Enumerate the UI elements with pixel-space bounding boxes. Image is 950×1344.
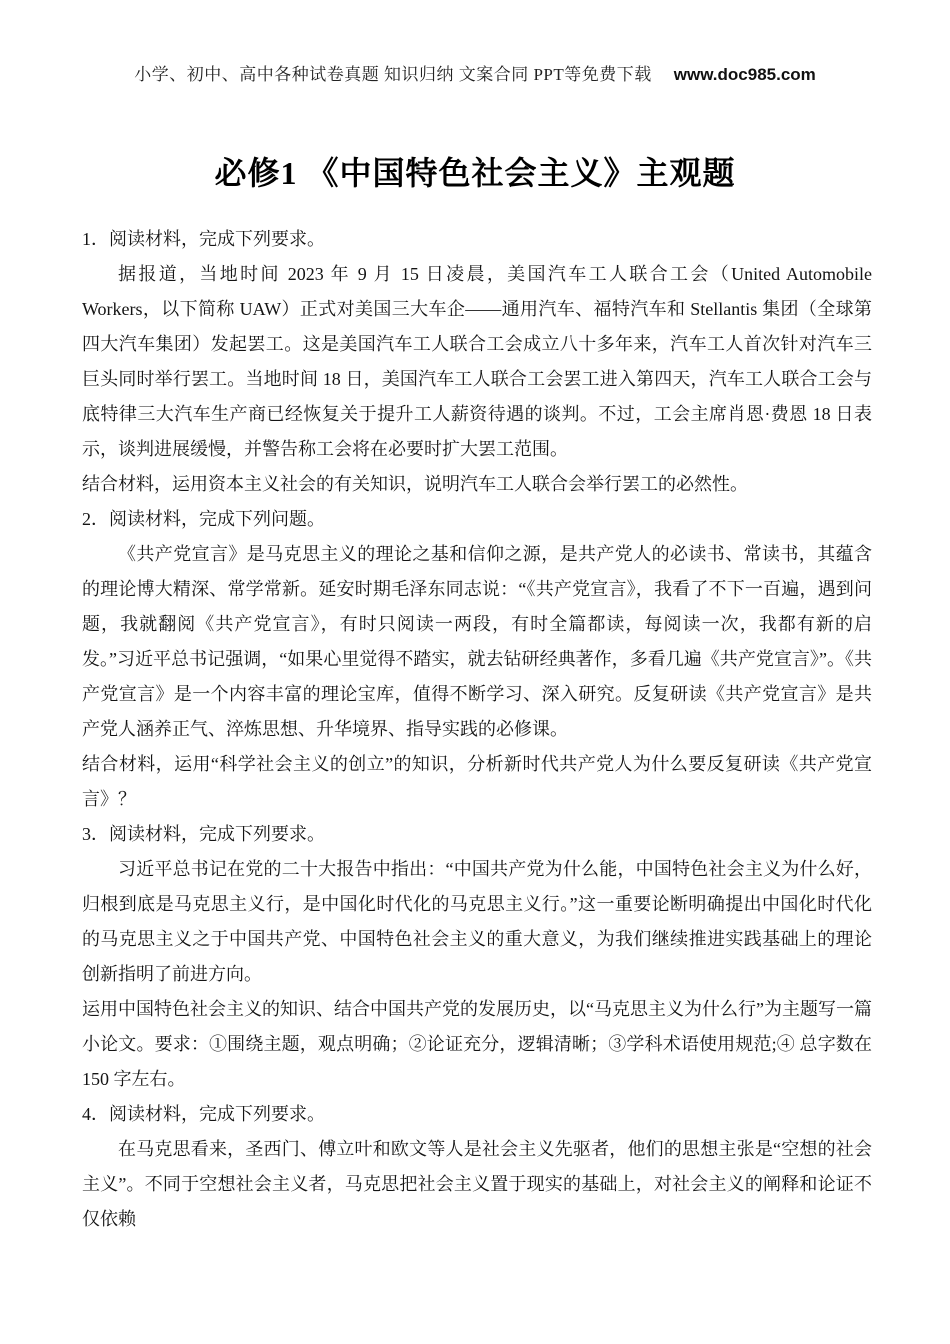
question-stem: 2．阅读材料，完成下列问题。 <box>82 502 872 537</box>
page-title: 必修1 《中国特色社会主义》主观题 <box>0 0 950 196</box>
question-material: 据报道，当地时间 2023 年 9 月 15 日凌晨，美国汽车工人联合工会（Un… <box>82 257 872 467</box>
question-stem: 1．阅读材料，完成下列要求。 <box>82 222 872 257</box>
promo-text: 小学、初中、高中各种试卷真题 知识归纳 文案合同 PPT等免费下载 <box>134 65 652 84</box>
question-task: 结合材料，运用资本主义社会的有关知识，说明汽车工人联合会举行罢工的必然性。 <box>82 467 872 502</box>
question-material: 《共产党宣言》是马克思主义的理论之基和信仰之源，是共产党人的必读书、常读书，其蕴… <box>82 537 872 747</box>
site-url: www.doc985.com <box>674 65 816 84</box>
question-task: 结合材料，运用“科学社会主义的创立”的知识，分析新时代共产党人为什么要反复研读《… <box>82 747 872 817</box>
question-block-3: 3．阅读材料，完成下列要求。 习近平总书记在党的二十大报告中指出：“中国共产党为… <box>82 817 872 1097</box>
question-stem: 4．阅读材料，完成下列要求。 <box>82 1097 872 1132</box>
question-block-4: 4．阅读材料，完成下列要求。 在马克思看来，圣西门、傅立叶和欧文等人是社会主义先… <box>82 1097 872 1237</box>
question-block-2: 2．阅读材料，完成下列问题。 《共产党宣言》是马克思主义的理论之基和信仰之源，是… <box>82 502 872 817</box>
site-header: 小学、初中、高中各种试卷真题 知识归纳 文案合同 PPT等免费下载www.doc… <box>0 64 950 86</box>
question-material: 习近平总书记在党的二十大报告中指出：“中国共产党为什么能，中国特色社会主义为什么… <box>82 852 872 992</box>
document-page: 小学、初中、高中各种试卷真题 知识归纳 文案合同 PPT等免费下载www.doc… <box>0 0 950 1237</box>
question-material: 在马克思看来，圣西门、傅立叶和欧文等人是社会主义先驱者，他们的思想主张是“空想的… <box>82 1132 872 1237</box>
question-stem: 3．阅读材料，完成下列要求。 <box>82 817 872 852</box>
document-body: 1．阅读材料，完成下列要求。 据报道，当地时间 2023 年 9 月 15 日凌… <box>82 222 872 1237</box>
question-task: 运用中国特色社会主义的知识、结合中国共产党的发展历史，以“马克思主义为什么行”为… <box>82 992 872 1097</box>
question-block-1: 1．阅读材料，完成下列要求。 据报道，当地时间 2023 年 9 月 15 日凌… <box>82 222 872 502</box>
